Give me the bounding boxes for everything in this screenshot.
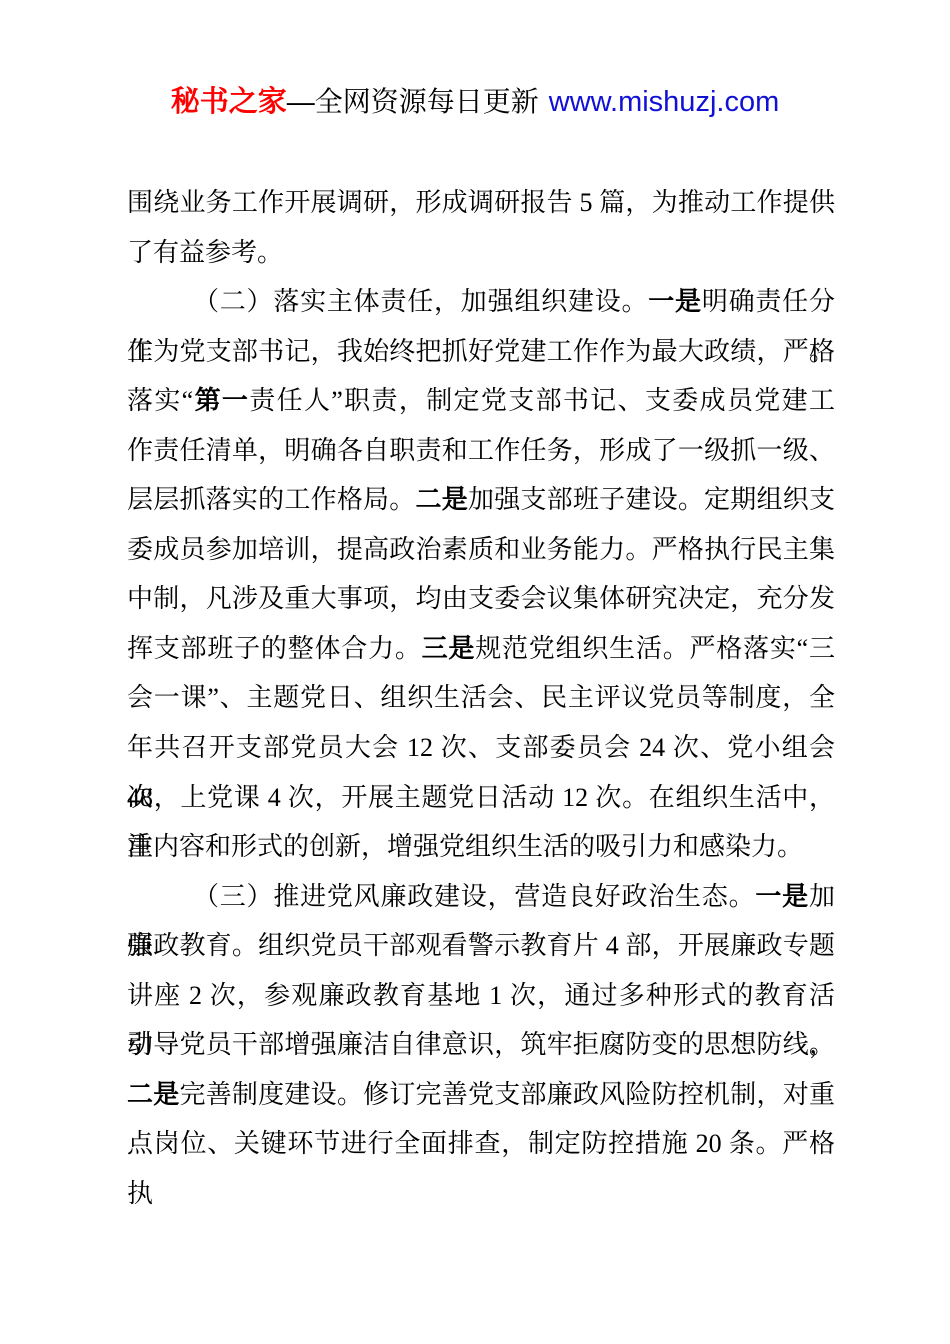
text-run: 廉政教育。组织党员干部观看警示教育片 4 部，开展廉政专题 [127,931,835,960]
text-run: 了有益参考。 [127,238,283,267]
text-line: 次，上党课 4 次，开展主题党日活动 12 次。在组织生活中，注 [127,773,835,823]
site-url-link[interactable]: www.mishuzj.com [549,86,779,118]
site-tagline: 全网资源每日更新 [315,86,539,117]
emphasis-run: 第一 [193,386,249,415]
text-run: 层层抓落实的工作格局。 [127,485,416,514]
text-run: 委成员参加培训，提高政治素质和业务能力。严格执行民主集 [127,535,835,564]
text-run: 规范党组织生活。严格落实“三 [475,634,835,663]
site-header: 秘书之家—全网资源每日更新www.mishuzj.com [0,82,950,122]
emphasis-run: 二是 [127,1080,179,1109]
text-line: 引导党员干部增强廉洁自律意识，筑牢拒腐防变的思想防线。 [127,1020,835,1070]
text-run: 责任人”职责，制定党支部书记、支委成员党建工 [249,386,835,415]
text-run: 挥支部班子的整体合力。 [127,634,422,663]
emphasis-run: 三是 [422,634,476,663]
emphasis-run: 一是 [648,287,702,316]
text-line: 挥支部班子的整体合力。三是规范党组织生活。严格落实“三 [127,624,835,674]
document-page: 秘书之家—全网资源每日更新www.mishuzj.com 围绕业务工作开展调研，… [0,0,950,1344]
text-line: 围绕业务工作开展调研，形成调研报告 5 篇，为推动工作提供 [127,178,835,228]
text-run: 作责任清单，明确各自职责和工作任务，形成了一级抓一级、 [127,436,835,465]
emphasis-run: 一是 [755,882,809,911]
document-body: 围绕业务工作开展调研，形成调研报告 5 篇，为推动工作提供了有益参考。（二）落实… [127,178,835,1169]
text-run: 引导党员干部增强廉洁自律意识，筑牢拒腐防变的思想防线。 [127,1030,835,1059]
text-run: 完善制度建设。修订完善党支部廉政风险防控机制，对重 [179,1080,835,1109]
text-line: 作为党支部书记，我始终把抓好党建工作作为最大政绩，严格 [127,327,835,377]
text-line: （二）落实主体责任，加强组织建设。一是明确责任分工。 [127,277,835,327]
text-line: 作责任清单，明确各自职责和工作任务，形成了一级抓一级、 [127,426,835,476]
text-line: 会一课”、主题党日、组织生活会、民主评议党员等制度，全 [127,673,835,723]
text-run: 围绕业务工作开展调研，形成调研报告 5 篇，为推动工作提供 [127,188,835,217]
text-run: 会一课”、主题党日、组织生活会、民主评议党员等制度，全 [127,683,835,712]
text-run: 加强支部班子建设。定期组织支 [468,485,835,514]
text-line: 点岗位、关键环节进行全面排查，制定防控措施 20 条。严格执 [127,1119,835,1169]
text-line: 年共召开支部党员大会 12 次、支部委员会 24 次、党小组会 48 [127,723,835,773]
text-line: 了有益参考。 [127,228,835,278]
text-line: 廉政教育。组织党员干部观看警示教育片 4 部，开展廉政专题 [127,921,835,971]
text-line: 中制，凡涉及重大事项，均由支委会议集体研究决定，充分发 [127,574,835,624]
text-run: （二）落实主体责任，加强组织建设。 [193,287,648,316]
text-line: 讲座 2 次，参观廉政教育基地 1 次，通过多种形式的教育活动， [127,971,835,1021]
emphasis-run: 二是 [416,485,468,514]
text-run: 作为党支部书记，我始终把抓好党建工作作为最大政绩，严格 [127,337,835,366]
text-line: 重内容和形式的创新，增强党组织生活的吸引力和感染力。 [127,822,835,872]
text-line: 落实“第一责任人”职责，制定党支部书记、支委成员党建工 [127,376,835,426]
text-line: 二是完善制度建设。修订完善党支部廉政风险防控机制，对重 [127,1070,835,1120]
site-brand: 秘书之家 [171,86,287,118]
header-dash: — [287,86,315,117]
text-line: 层层抓落实的工作格局。二是加强支部班子建设。定期组织支 [127,475,835,525]
text-run: 落实“ [127,386,193,415]
text-run: 点岗位、关键环节进行全面排查，制定防控措施 20 条。严格执 [127,1129,835,1208]
text-line: 委成员参加培训，提高政治素质和业务能力。严格执行民主集 [127,525,835,575]
text-run: 中制，凡涉及重大事项，均由支委会议集体研究决定，充分发 [127,584,835,613]
text-line: （三）推进党风廉政建设，营造良好政治生态。一是加强 [127,872,835,922]
text-run: （三）推进党风廉政建设，营造良好政治生态。 [193,882,755,911]
text-run: 重内容和形式的创新，增强党组织生活的吸引力和感染力。 [127,832,803,861]
